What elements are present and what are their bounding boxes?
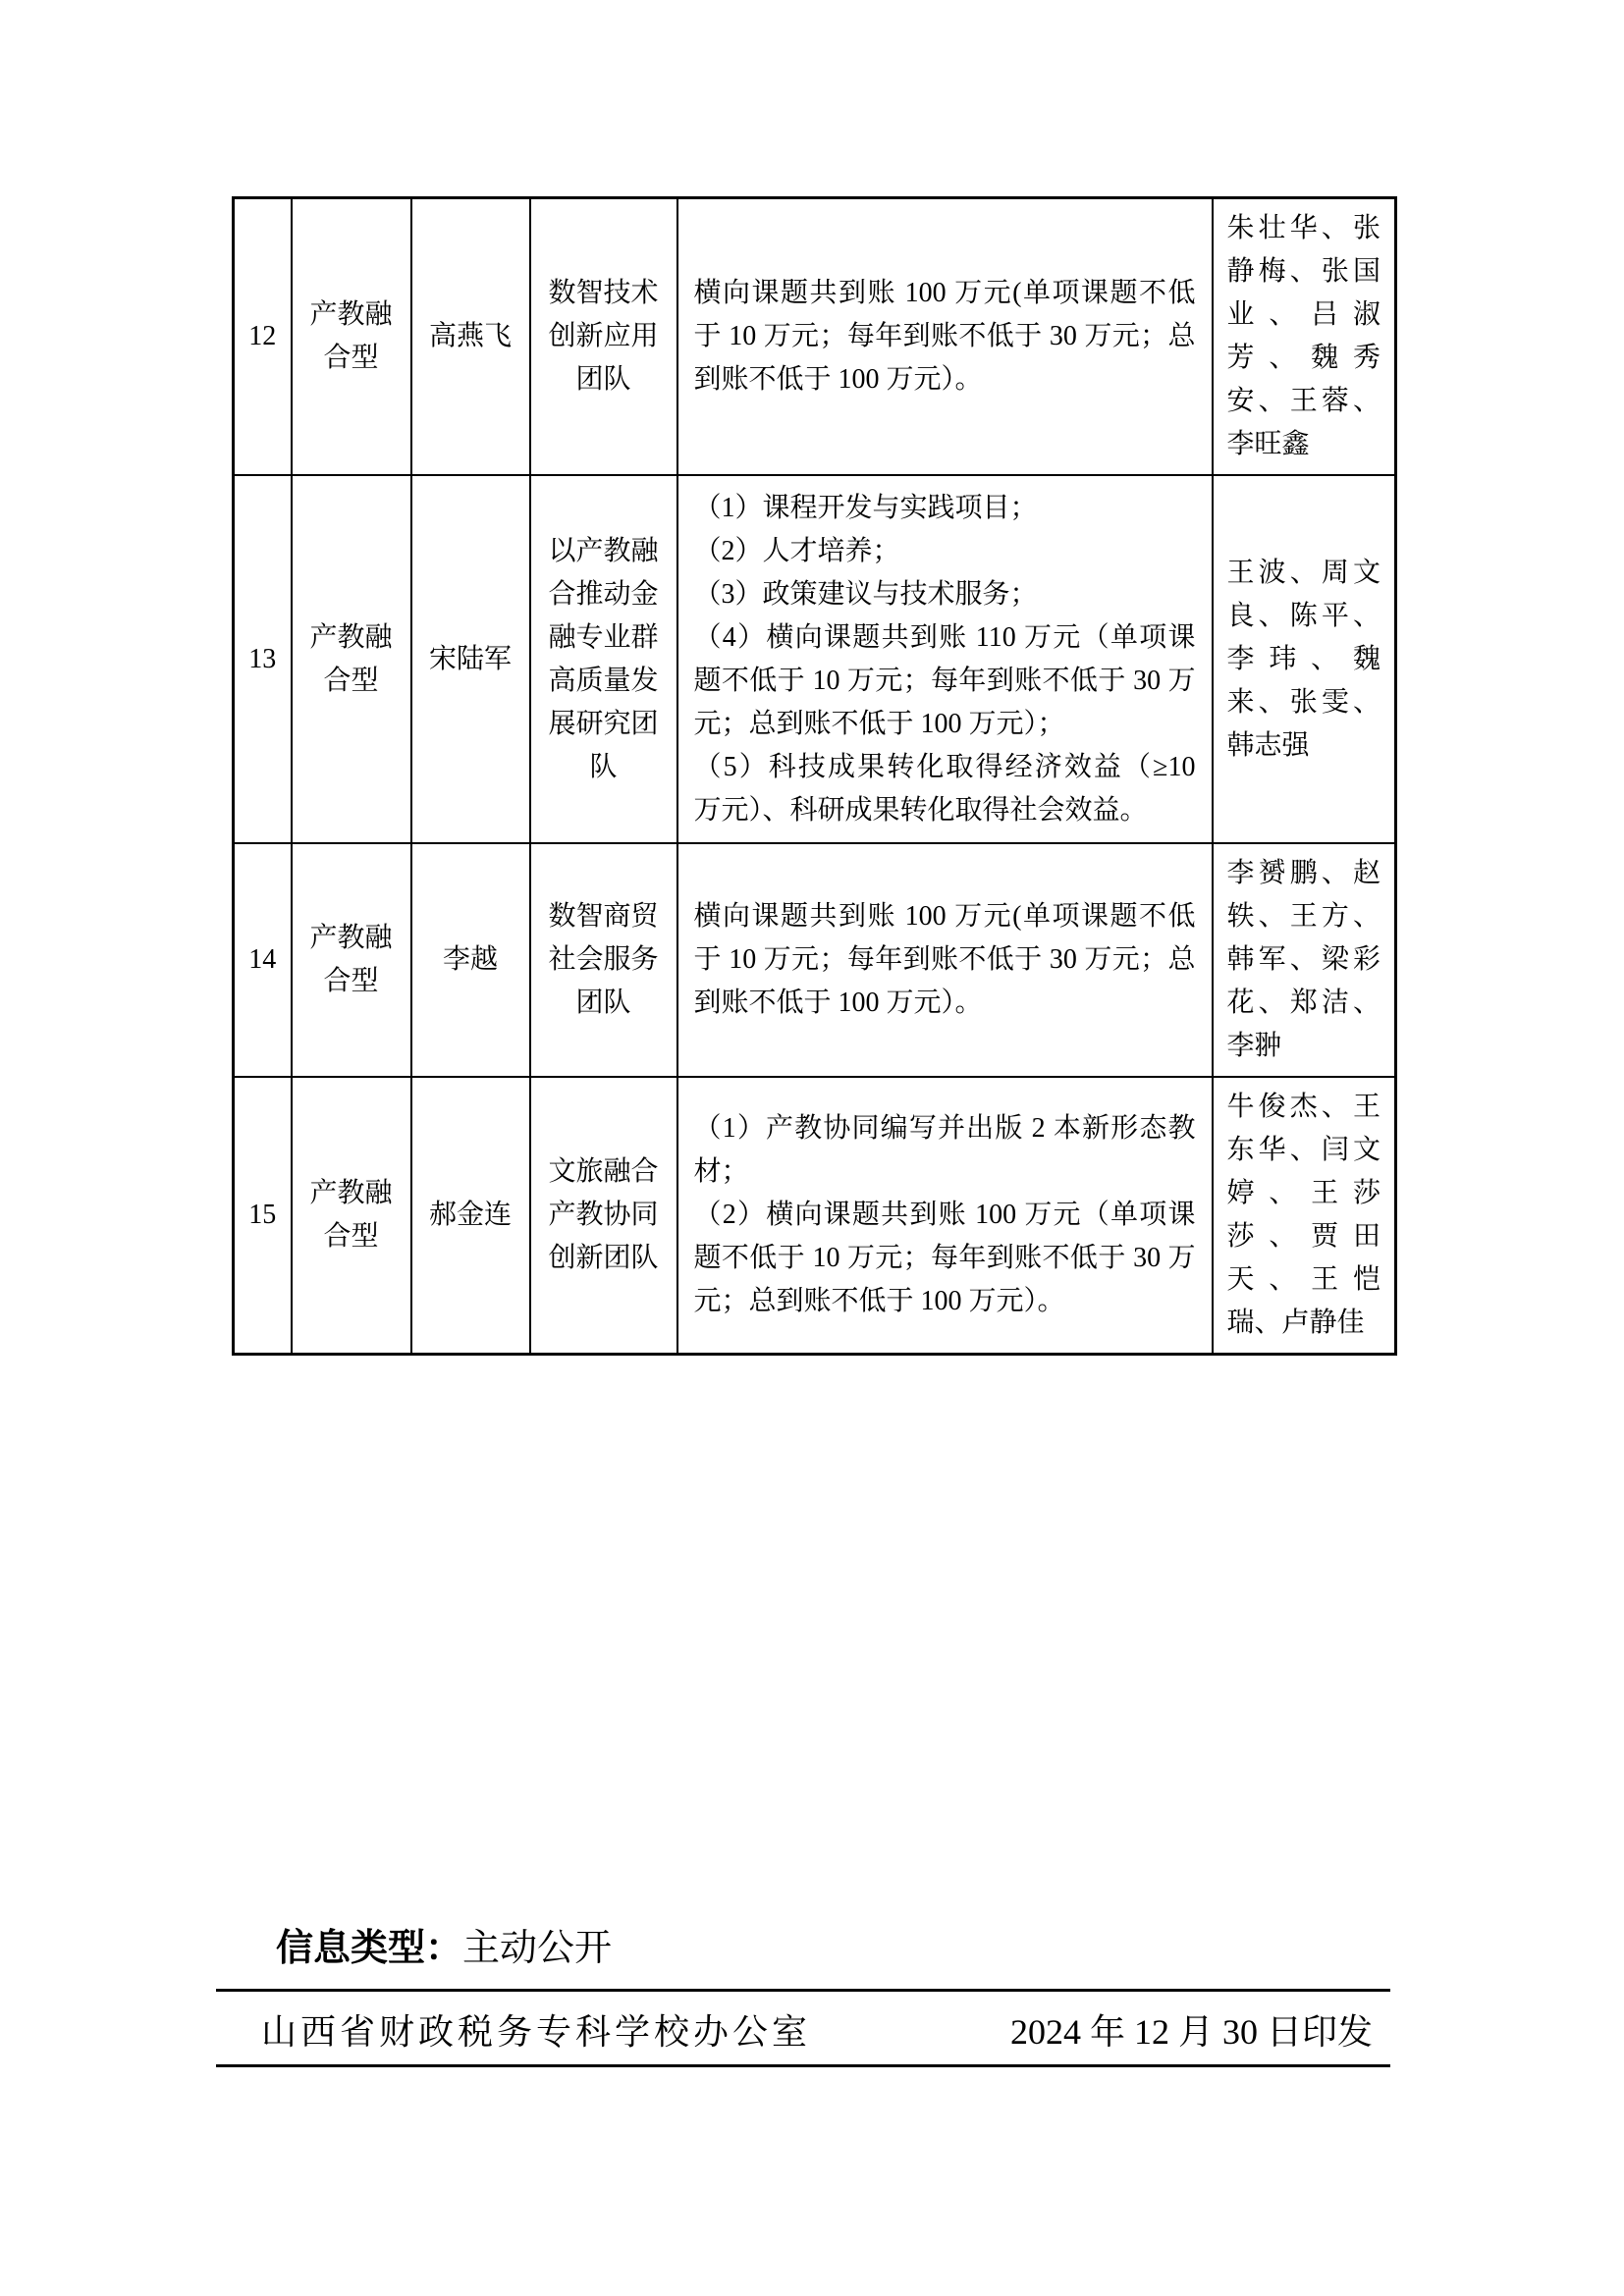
issuer-line: 山西省财政税务专科学校办公室 2024 年 12 月 30 日印发: [216, 2008, 1390, 2056]
conditions-cell: （1）课程开发与实践项目； （2）人才培养； （3）政策建议与技术服务； （4）…: [677, 475, 1213, 843]
table-row: 14 产教融合型 李越 数智商贸社会服务团队 横向课题共到账 100 万元(单项…: [234, 843, 1396, 1077]
table-row: 15 产教融合型 郝金连 文旅融合产教协同创新团队 （1）产教协同编写并出版 2…: [234, 1077, 1396, 1355]
row-number-cell: 13: [234, 475, 292, 843]
info-type-label: 信息类型：: [276, 1928, 462, 1969]
members-cell: 王波、周文良、陈平、李玮、魏来、张雯、韩志强: [1213, 475, 1396, 843]
leader-cell: 宋陆军: [411, 475, 530, 843]
team-name-cell: 数智商贸社会服务团队: [530, 843, 677, 1077]
condition-item: （2）人才培养；: [694, 530, 1196, 573]
team-name-cell: 文旅融合产教协同创新团队: [530, 1077, 677, 1355]
row-number-cell: 12: [234, 198, 292, 476]
members-cell: 牛俊杰、王东华、闫文婷、王莎莎、贾田天、王恺瑞、卢静佳: [1213, 1077, 1396, 1355]
row-number-cell: 15: [234, 1077, 292, 1355]
row-number-cell: 14: [234, 843, 292, 1077]
print-date: 2024 年 12 月 30 日印发: [1010, 2008, 1390, 2056]
condition-item: 横向课题共到账 100 万元(单项课题不低于 10 万元；每年到账不低于 30 …: [694, 272, 1196, 401]
document-page: 12 产教融合型 高燕飞 数智技术创新应用团队 横向课题共到账 100 万元(单…: [0, 0, 1624, 2296]
table-row: 12 产教融合型 高燕飞 数智技术创新应用团队 横向课题共到账 100 万元(单…: [234, 198, 1396, 476]
condition-item: （4）横向课题共到账 110 万元（单项课题不低于 10 万元；每年到账不低于 …: [694, 616, 1196, 746]
info-type-value: 主动公开: [462, 1928, 612, 1969]
team-type-cell: 产教融合型: [292, 475, 411, 843]
conditions-cell: （1）产教协同编写并出版 2 本新形态教材； （2）横向课题共到账 100 万元…: [677, 1077, 1213, 1355]
info-type-line: 信息类型：主动公开: [276, 1926, 612, 1971]
leader-cell: 郝金连: [411, 1077, 530, 1355]
team-type-cell: 产教融合型: [292, 1077, 411, 1355]
issuing-office: 山西省财政税务专科学校办公室: [216, 2008, 811, 2056]
condition-item: （1）课程开发与实践项目；: [694, 487, 1196, 530]
team-name-cell: 数智技术创新应用团队: [530, 198, 677, 476]
condition-item: 横向课题共到账 100 万元(单项课题不低于 10 万元；每年到账不低于 30 …: [694, 895, 1196, 1025]
table-row: 13 产教融合型 宋陆军 以产教融合推动金融专业群高质量发展研究团队 （1）课程…: [234, 475, 1396, 843]
leader-cell: 高燕飞: [411, 198, 530, 476]
team-type-cell: 产教融合型: [292, 843, 411, 1077]
team-name-cell: 以产教融合推动金融专业群高质量发展研究团队: [530, 475, 677, 843]
footer-top-rule: [216, 1989, 1390, 1992]
condition-item: （1）产教协同编写并出版 2 本新形态教材；: [694, 1107, 1196, 1194]
conditions-cell: 横向课题共到账 100 万元(单项课题不低于 10 万元；每年到账不低于 30 …: [677, 198, 1213, 476]
condition-item: （2）横向课题共到账 100 万元（单项课题不低于 10 万元；每年到账不低于 …: [694, 1194, 1196, 1323]
team-type-cell: 产教融合型: [292, 198, 411, 476]
members-cell: 朱壮华、张静梅、张国业、吕淑芳、魏秀安、王蓉、李旺鑫: [1213, 198, 1396, 476]
conditions-cell: 横向课题共到账 100 万元(单项课题不低于 10 万元；每年到账不低于 30 …: [677, 843, 1213, 1077]
leader-cell: 李越: [411, 843, 530, 1077]
footer-bottom-rule: [216, 2064, 1390, 2067]
condition-item: （5）科技成果转化取得经济效益（≥10 万元）、科研成果转化取得社会效益。: [694, 746, 1196, 832]
condition-item: （3）政策建议与技术服务；: [694, 573, 1196, 616]
members-cell: 李赟鹏、赵轶、王方、韩军、梁彩花、郑洁、李翀: [1213, 843, 1396, 1077]
teams-table: 12 产教融合型 高燕飞 数智技术创新应用团队 横向课题共到账 100 万元(单…: [232, 196, 1397, 1356]
